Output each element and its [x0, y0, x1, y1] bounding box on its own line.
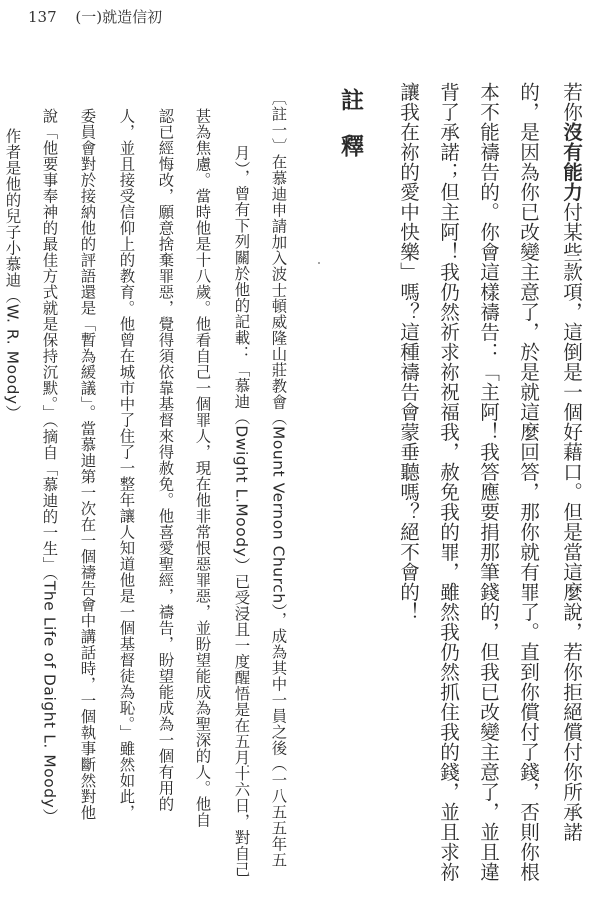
note-text: 月），曾有下列關於他的記載：「慕迪（: [232, 145, 250, 425]
scan-speck: [247, 765, 249, 767]
body-text: 本不能禱告的。你會這樣禱告：「主阿！我答應要捐那筆錢的，但我已改變主意了，並且違: [477, 82, 500, 882]
body-text: 若你: [560, 82, 583, 122]
note-text: 人，並且接受信仰上的教育。他曾在城市中了住了一整年讓人知道他是一個基督徒為恥。」…: [117, 108, 135, 820]
body-column-1: 若你沒有能力付某些款項，這倒是一個好藉口。但是當這麼說，若你拒絕償付你所承諾: [561, 82, 581, 842]
note-column-3: 甚為焦慮。當時他是十八歲。他看自己一個罪人，現在他非常恨惡罪惡，並盼望能成為聖深…: [194, 108, 209, 828]
note-text: 〔註一〕在慕迪申請加入波士頓威隆山莊教會（: [269, 90, 287, 426]
body-column-3: 本不能禱告的。你會這樣禱告：「主阿！我答應要捐那筆錢的，但我已改變主意了，並且違: [478, 82, 498, 882]
body-text: 背了承諾；但主阿！我仍然祈求祢祝福我，赦免我的罪，雖然我仍然抓住我的錢，並且求祢: [437, 82, 460, 882]
body-column-2: 的，是因為你已改變主意了，於是就這麼回答，那你就有罪了。直到你償付了錢，否則你根: [518, 82, 538, 882]
note-text: 說「他要事奉神的最佳方式就是保持沉默。」（摘自「慕迪的一生」（: [40, 108, 58, 581]
note-column-5: 人，並且接受信仰上的教育。他曾在城市中了住了一整年讓人知道他是一個基督徒為恥。」…: [118, 108, 133, 820]
note-latin-text: Mount Vernon Church: [269, 426, 287, 604]
note-text: ）: [3, 405, 21, 421]
note-text: 作者是他的兒子小慕迪（: [3, 128, 21, 304]
note-text: 甚為焦慮。當時他是十八歲。他看自己一個罪人，現在他非常恨惡罪惡，並盼望能成為聖深…: [193, 108, 211, 828]
scan-speck: [51, 350, 53, 352]
note-latin-text: W. R. Moody: [3, 304, 21, 405]
emphasis-text: 沒有能力: [560, 122, 583, 202]
note-column-7: 說「他要事奉神的最佳方式就是保持沉默。」（摘自「慕迪的一生」（The Life …: [41, 108, 56, 824]
note-column-1: 〔註一〕在慕迪申請加入波士頓威隆山莊教會（Mount Vernon Church…: [270, 90, 285, 868]
body-text: 付某些款項，這倒是一個好藉口。但是當這麼說，若你拒絕償付你所承諾: [560, 202, 583, 842]
body-column-4: 背了承諾；但主阿！我仍然祈求祢祝福我，赦免我的罪，雖然我仍然抓住我的錢，並且求祢: [438, 82, 458, 882]
body-text: 的，是因為你已改變主意了，於是就這麼回答，那你就有罪了。直到你償付了錢，否則你根: [517, 82, 540, 882]
note-text: 委員會對於接納他的評語還是「暫為緩議」。當慕迪第一次在一個禱告會中講話時，一個執…: [78, 108, 96, 820]
note-text: 認已經悔改，願意捨棄罪惡，覺得須依靠基督來得赦免。他喜愛聖經，禱告，盼望能成為一…: [156, 108, 174, 812]
note-text: ）: [40, 808, 58, 824]
note-column-6: 委員會對於接納他的評語還是「暫為緩議」。當慕迪第一次在一個禱告會中講話時，一個執…: [79, 108, 94, 820]
note-latin-text: The Life of Daight L. Moody: [40, 581, 58, 808]
scan-speck: [318, 262, 320, 264]
note-text: ）已受浸且一度醒悟是在五月十六日，對自己: [232, 557, 250, 877]
note-latin-text: Dwight L.Moody: [232, 425, 250, 557]
page-number: 137: [28, 8, 57, 26]
body-text: 讓我在祢的愛中快樂」嗎？這種禱告會蒙垂聽嗎？絕不會的！: [397, 82, 420, 622]
note-column-2: 月），曾有下列關於他的記載：「慕迪（Dwight L.Moody）已受浸且一度醒…: [233, 145, 248, 877]
note-column-4: 認已經悔改，願意捨棄罪惡，覺得須依靠基督來得赦免。他喜愛聖經，禱告，盼望能成為一…: [157, 108, 172, 812]
body-column-5: 讓我在祢的愛中快樂」嗎？這種禱告會蒙垂聽嗎？絕不會的！: [398, 82, 418, 622]
chapter-title: (一)就造信初: [75, 8, 162, 26]
page-header: 137 (一)就造信初: [28, 6, 162, 27]
notes-heading: 註 釋: [338, 88, 361, 157]
note-column-8: 作者是他的兒子小慕迪（W. R. Moody）: [4, 128, 19, 421]
note-text: ），成為其中一員之後（一八五五年五: [269, 604, 287, 868]
